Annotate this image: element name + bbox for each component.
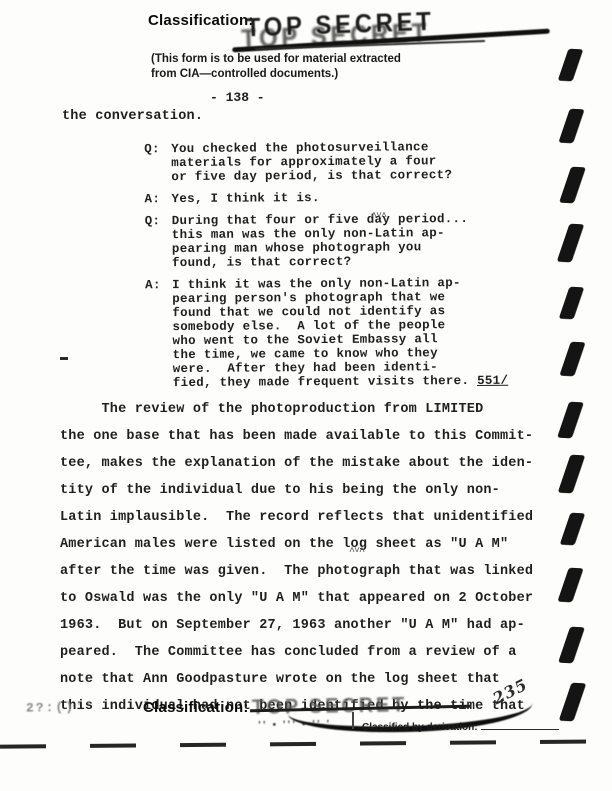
binding-mark bbox=[559, 167, 586, 204]
qa-line-text: fied, they made frequent visits there. bbox=[173, 374, 477, 390]
form-usage-note: (This form is to be used for material ex… bbox=[151, 52, 471, 82]
classification-label-top: Classification: bbox=[148, 12, 254, 29]
question-label: Q: bbox=[144, 142, 171, 184]
paragraph-line: to Oswald was the only "U A M" that appe… bbox=[60, 585, 560, 612]
qa-entry: A: I think it was the only non-Latin ap-… bbox=[145, 276, 506, 391]
binding-mark bbox=[558, 109, 584, 144]
pencil-mark: ˄˅˄ bbox=[371, 211, 386, 222]
paragraph-line: 1963. But on September 27, 1963 another … bbox=[60, 612, 560, 639]
question-text: During that four or five day period... t… bbox=[172, 212, 469, 270]
qa-line: found, is that correct? bbox=[172, 254, 469, 270]
perforation-dashed-line bbox=[0, 739, 612, 748]
qa-line: or five day period, is that correct? bbox=[171, 168, 452, 184]
blank-fill-in-line bbox=[481, 729, 559, 730]
paragraph-line: note that Ann Goodpasture wrote on the l… bbox=[60, 666, 560, 693]
body-paragraph: The review of the photoproduction from L… bbox=[60, 396, 560, 720]
binding-mark bbox=[560, 513, 586, 546]
qa-transcript: Q: You checked the photosurveillance mat… bbox=[144, 140, 506, 391]
answer-text: I think it was the only non-Latin ap- pe… bbox=[172, 276, 508, 390]
binding-mark bbox=[558, 455, 586, 494]
binding-mark bbox=[558, 49, 584, 82]
footnote-ref: 551/ bbox=[477, 374, 508, 388]
question-text: You checked the photosurveillance materi… bbox=[171, 140, 452, 184]
paragraph-line: peared. The Committee has concluded from… bbox=[60, 639, 560, 666]
margin-dash-artifact bbox=[60, 357, 68, 360]
qa-line: this man was the only non-Latin ap- bbox=[172, 226, 469, 242]
binding-mark bbox=[557, 402, 584, 439]
paragraph-line: The review of the photoproduction from L… bbox=[60, 396, 560, 423]
scanned-document-page: Classification: TOP SECRET TOP SECRET (T… bbox=[0, 0, 612, 791]
qa-line: Yes, I think it is. bbox=[171, 191, 319, 206]
qa-entry: Q: You checked the photosurveillance mat… bbox=[144, 140, 504, 185]
answer-text: Yes, I think it is. bbox=[171, 191, 319, 206]
form-note-line: (This form is to be used for material ex… bbox=[151, 52, 471, 67]
qa-line: fied, they made frequent visits there. 5… bbox=[173, 374, 509, 390]
binding-mark bbox=[558, 627, 585, 664]
paragraph-line: tee, makes the explanation of the mistak… bbox=[60, 450, 560, 477]
qa-line: I think it was the only non-Latin ap- bbox=[172, 276, 508, 292]
binding-mark bbox=[557, 568, 583, 603]
binding-mark bbox=[559, 287, 585, 320]
form-note-line: from CIA—controlled documents.) bbox=[151, 67, 471, 82]
answer-label: A: bbox=[145, 278, 173, 390]
faded-ink-stamp: 2?:()ʼʼ bbox=[26, 699, 95, 715]
answer-label: A: bbox=[144, 192, 171, 206]
paragraph-line: after the time was given. The photograph… bbox=[60, 558, 560, 585]
question-label: Q: bbox=[145, 214, 172, 270]
classification-label-bottom: Classification: bbox=[143, 699, 249, 716]
qa-entry: A: Yes, I think it is. bbox=[144, 190, 504, 207]
separator-tick bbox=[352, 712, 354, 729]
paragraph-line: Latin implausible. The record reflects t… bbox=[60, 504, 560, 531]
qa-entry: Q: During that four or five day period..… bbox=[145, 212, 505, 271]
classified-by-label: Classified by derivation: bbox=[362, 722, 478, 733]
classified-by-derivation: Classified by derivation: bbox=[362, 722, 559, 733]
paragraph-line: the one base that has been made availabl… bbox=[60, 423, 560, 450]
paragraph-line: American males were listed on the log sh… bbox=[60, 531, 560, 558]
pencil-mark: ˄˅˄ bbox=[349, 546, 364, 557]
binding-mark bbox=[557, 224, 585, 263]
binding-mark bbox=[559, 342, 585, 377]
body-intro-line: the conversation. bbox=[62, 109, 203, 124]
paragraph-line: tity of the individual due to his being … bbox=[60, 477, 560, 504]
page-number: - 138 - bbox=[210, 90, 265, 105]
binding-mark bbox=[559, 683, 587, 722]
